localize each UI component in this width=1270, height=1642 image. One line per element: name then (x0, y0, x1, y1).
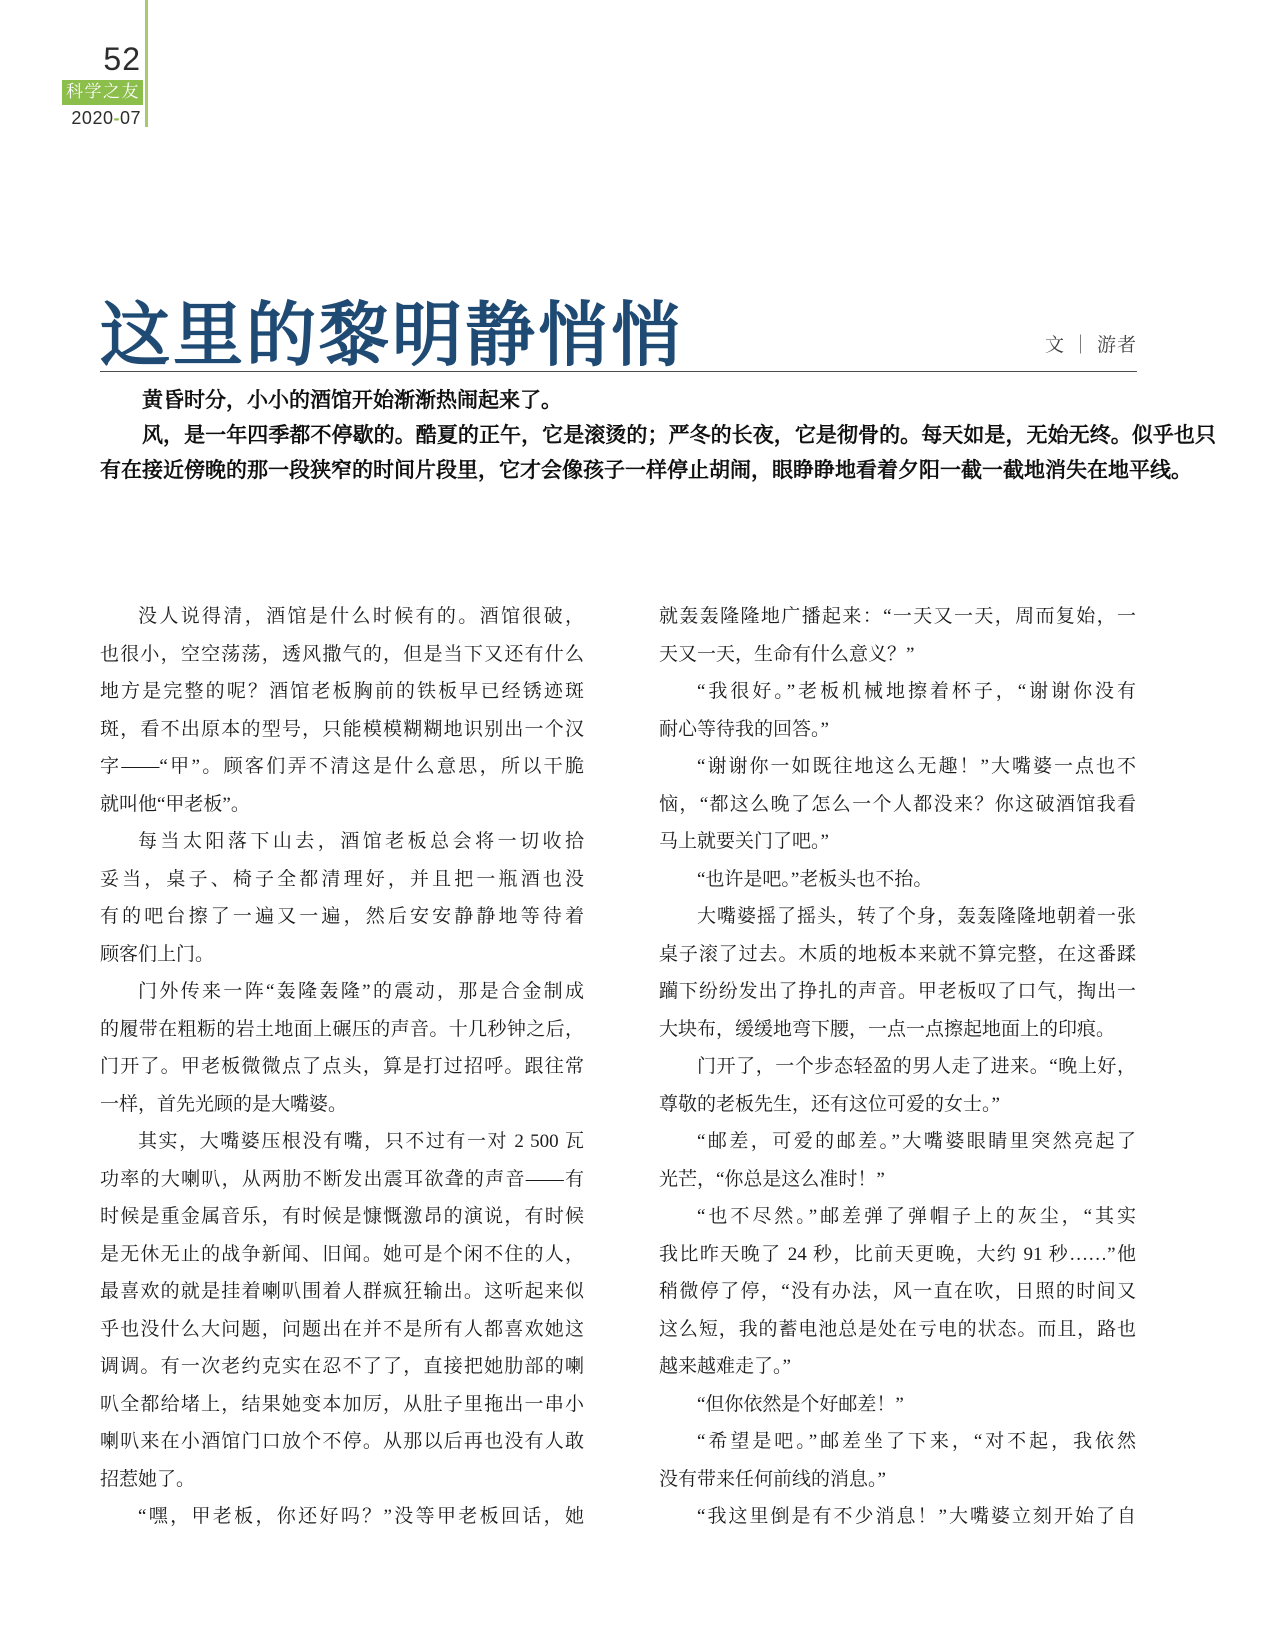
body-line: 每当太阳落下山去，酒馆老板总会将一切收拾 (100, 823, 584, 861)
body-line: 门外传来一阵“轰隆轰隆”的震动，那是合金制成 (100, 973, 584, 1011)
article-body: 没人说得清，酒馆是什么时候有的。酒馆很破，也很小，空空荡荡，透风撒气的，但是当下… (100, 598, 1136, 1536)
body-line: 叭全都给堵上，结果她变本加厉，从肚子里拖出一串小 (100, 1386, 584, 1424)
body-line: 一样，首先光顾的是大嘴婆。 (100, 1086, 584, 1124)
body-line: 其实，大嘴婆压根没有嘴，只不过有一对 2 500 瓦 (100, 1123, 584, 1161)
byline-rule (100, 371, 1137, 372)
body-line: 门开了，一个步态轻盈的男人走了进来。“晚上好， (659, 1048, 1136, 1086)
body-line: “也不尽然。”邮差弹了弹帽子上的灰尘，“其实 (659, 1198, 1136, 1236)
body-line: 我比昨天晚了 24 秒，比前天更晚，大约 91 秒……”他 (659, 1236, 1136, 1274)
body-line: “我这里倒是有不少消息！”大嘴婆立刻开始了自 (659, 1498, 1136, 1536)
body-line: 是无休无止的战争新闻、旧闻。她可是个闲不住的人， (100, 1236, 584, 1274)
body-line: 地方是完整的呢？酒馆老板胸前的铁板早已经锈迹斑 (100, 673, 584, 711)
body-line: 也很小，空空荡荡，透风撒气的，但是当下又还有什么 (100, 636, 584, 674)
body-line: 越来越难走了。” (659, 1348, 1136, 1386)
body-line: 尊敬的老板先生，还有这位可爱的女士。” (659, 1086, 1136, 1124)
page-number: 52 (0, 42, 143, 76)
body-line: 乎也没什么大问题，问题出在并不是所有人都喜欢她这 (100, 1311, 584, 1349)
body-line: 恼，“都这么晚了怎么一个人都没来？你这破酒馆我看 (659, 786, 1136, 824)
body-line: “邮差，可爱的邮差。”大嘴婆眼睛里突然亮起了 (659, 1123, 1136, 1161)
issue-year: 2020 (71, 108, 113, 128)
body-line: 功率的大喇叭，从两肋不断发出震耳欲聋的声音——有 (100, 1161, 584, 1199)
body-line: 的履带在粗粝的岩土地面上碾压的声音。十几秒钟之后， (100, 1011, 584, 1049)
body-line: “我很好。”老板机械地擦着杯子，“谢谢你没有 (659, 673, 1136, 711)
body-line: 时候是重金属音乐，有时候是慷慨激昂的演说，有时候 (100, 1198, 584, 1236)
byline-divider: ｜ (1071, 335, 1091, 356)
body-line: 字——“甲”。顾客们弄不清这是什么意思，所以干脆 (100, 748, 584, 786)
body-line: 天又一天，生命有什么意义？” (659, 636, 1136, 674)
body-line: 大块布，缓缓地弯下腰，一点一点擦起地面上的印痕。 (659, 1011, 1136, 1049)
body-line: 马上就要关门了吧。” (659, 823, 1136, 861)
body-line: 桌子滚了过去。木质的地板本来就不算完整，在这番蹂 (659, 936, 1136, 974)
byline-prefix: 文 (1045, 335, 1065, 356)
article-intro: 黄昏时分，小小的酒馆开始渐渐热闹起来了。 风，是一年四季都不停歇的。酷夏的正午，… (100, 383, 1216, 488)
page-folio: 52 科学之友 2020-07 (0, 42, 143, 129)
body-line: 这么短，我的蓄电池总是处在亏电的状态。而且，路也 (659, 1311, 1136, 1349)
body-line: 妥当，桌子、椅子全都清理好，并且把一瓶酒也没 (100, 861, 584, 899)
body-line: 没有带来任何前线的消息。” (659, 1461, 1136, 1499)
body-line: 门开了。甲老板微微点了点头，算是打过招呼。跟往常 (100, 1048, 584, 1086)
header-accent-line (145, 0, 148, 127)
body-line: 没人说得清，酒馆是什么时候有的。酒馆很破， (100, 598, 584, 636)
body-line: “希望是吧。”邮差坐了下来，“对不起，我依然 (659, 1423, 1136, 1461)
magazine-name-badge: 科学之友 (62, 80, 143, 105)
body-line: “也许是吧。”老板头也不抬。 (659, 861, 1136, 899)
byline: 文｜游者 (100, 330, 1137, 357)
intro-paragraph: 风，是一年四季都不停歇的。酷夏的正午，它是滚烫的；严冬的长夜，它是彻骨的。每天如… (100, 418, 1216, 488)
magazine-page: { "header": { "page_number": "52", "maga… (0, 0, 1270, 1642)
body-line: 喇叭来在小酒馆门口放个不停。从那以后再也没有人敢 (100, 1423, 584, 1461)
body-line: 最喜欢的就是挂着喇叭围着人群疯狂输出。这听起来似 (100, 1273, 584, 1311)
body-line: 稍微停了停，“没有办法，风一直在吹，日照的时间又 (659, 1273, 1136, 1311)
body-line: 顾客们上门。 (100, 936, 584, 974)
body-line: 调调。有一次老约克实在忍不了了，直接把她肋部的喇 (100, 1348, 584, 1386)
byline-author: 游者 (1097, 335, 1137, 356)
body-line: 就叫他“甲老板”。 (100, 786, 584, 824)
column-left: 没人说得清，酒馆是什么时候有的。酒馆很破，也很小，空空荡荡，透风撒气的，但是当下… (100, 598, 584, 1536)
body-line: 招惹她了。 (100, 1461, 584, 1499)
body-line: 光芒，“你总是这么准时！” (659, 1161, 1136, 1199)
column-right: 就轰轰隆隆地广播起来：“一天又一天，周而复始，一天又一天，生命有什么意义？”“我… (659, 598, 1136, 1536)
issue-date: 2020-07 (0, 107, 143, 129)
intro-paragraph: 黄昏时分，小小的酒馆开始渐渐热闹起来了。 (100, 383, 1216, 418)
body-line: 斑，看不出原本的型号，只能模模糊糊地识别出一个汉 (100, 711, 584, 749)
body-line: “谢谢你一如既往地这么无趣！”大嘴婆一点也不 (659, 748, 1136, 786)
issue-month: 07 (120, 108, 141, 128)
body-line: “但你依然是个好邮差！” (659, 1386, 1136, 1424)
body-line: 大嘴婆摇了摇头，转了个身，轰轰隆隆地朝着一张 (659, 898, 1136, 936)
body-line: 耐心等待我的回答。” (659, 711, 1136, 749)
body-line: 躏下纷纷发出了挣扎的声音。甲老板叹了口气，掏出一 (659, 973, 1136, 1011)
body-line: “嘿，甲老板，你还好吗？”没等甲老板回话，她 (100, 1498, 584, 1536)
body-line: 有的吧台擦了一遍又一遍，然后安安静静地等待着 (100, 898, 584, 936)
body-line: 就轰轰隆隆地广播起来：“一天又一天，周而复始，一 (659, 598, 1136, 636)
